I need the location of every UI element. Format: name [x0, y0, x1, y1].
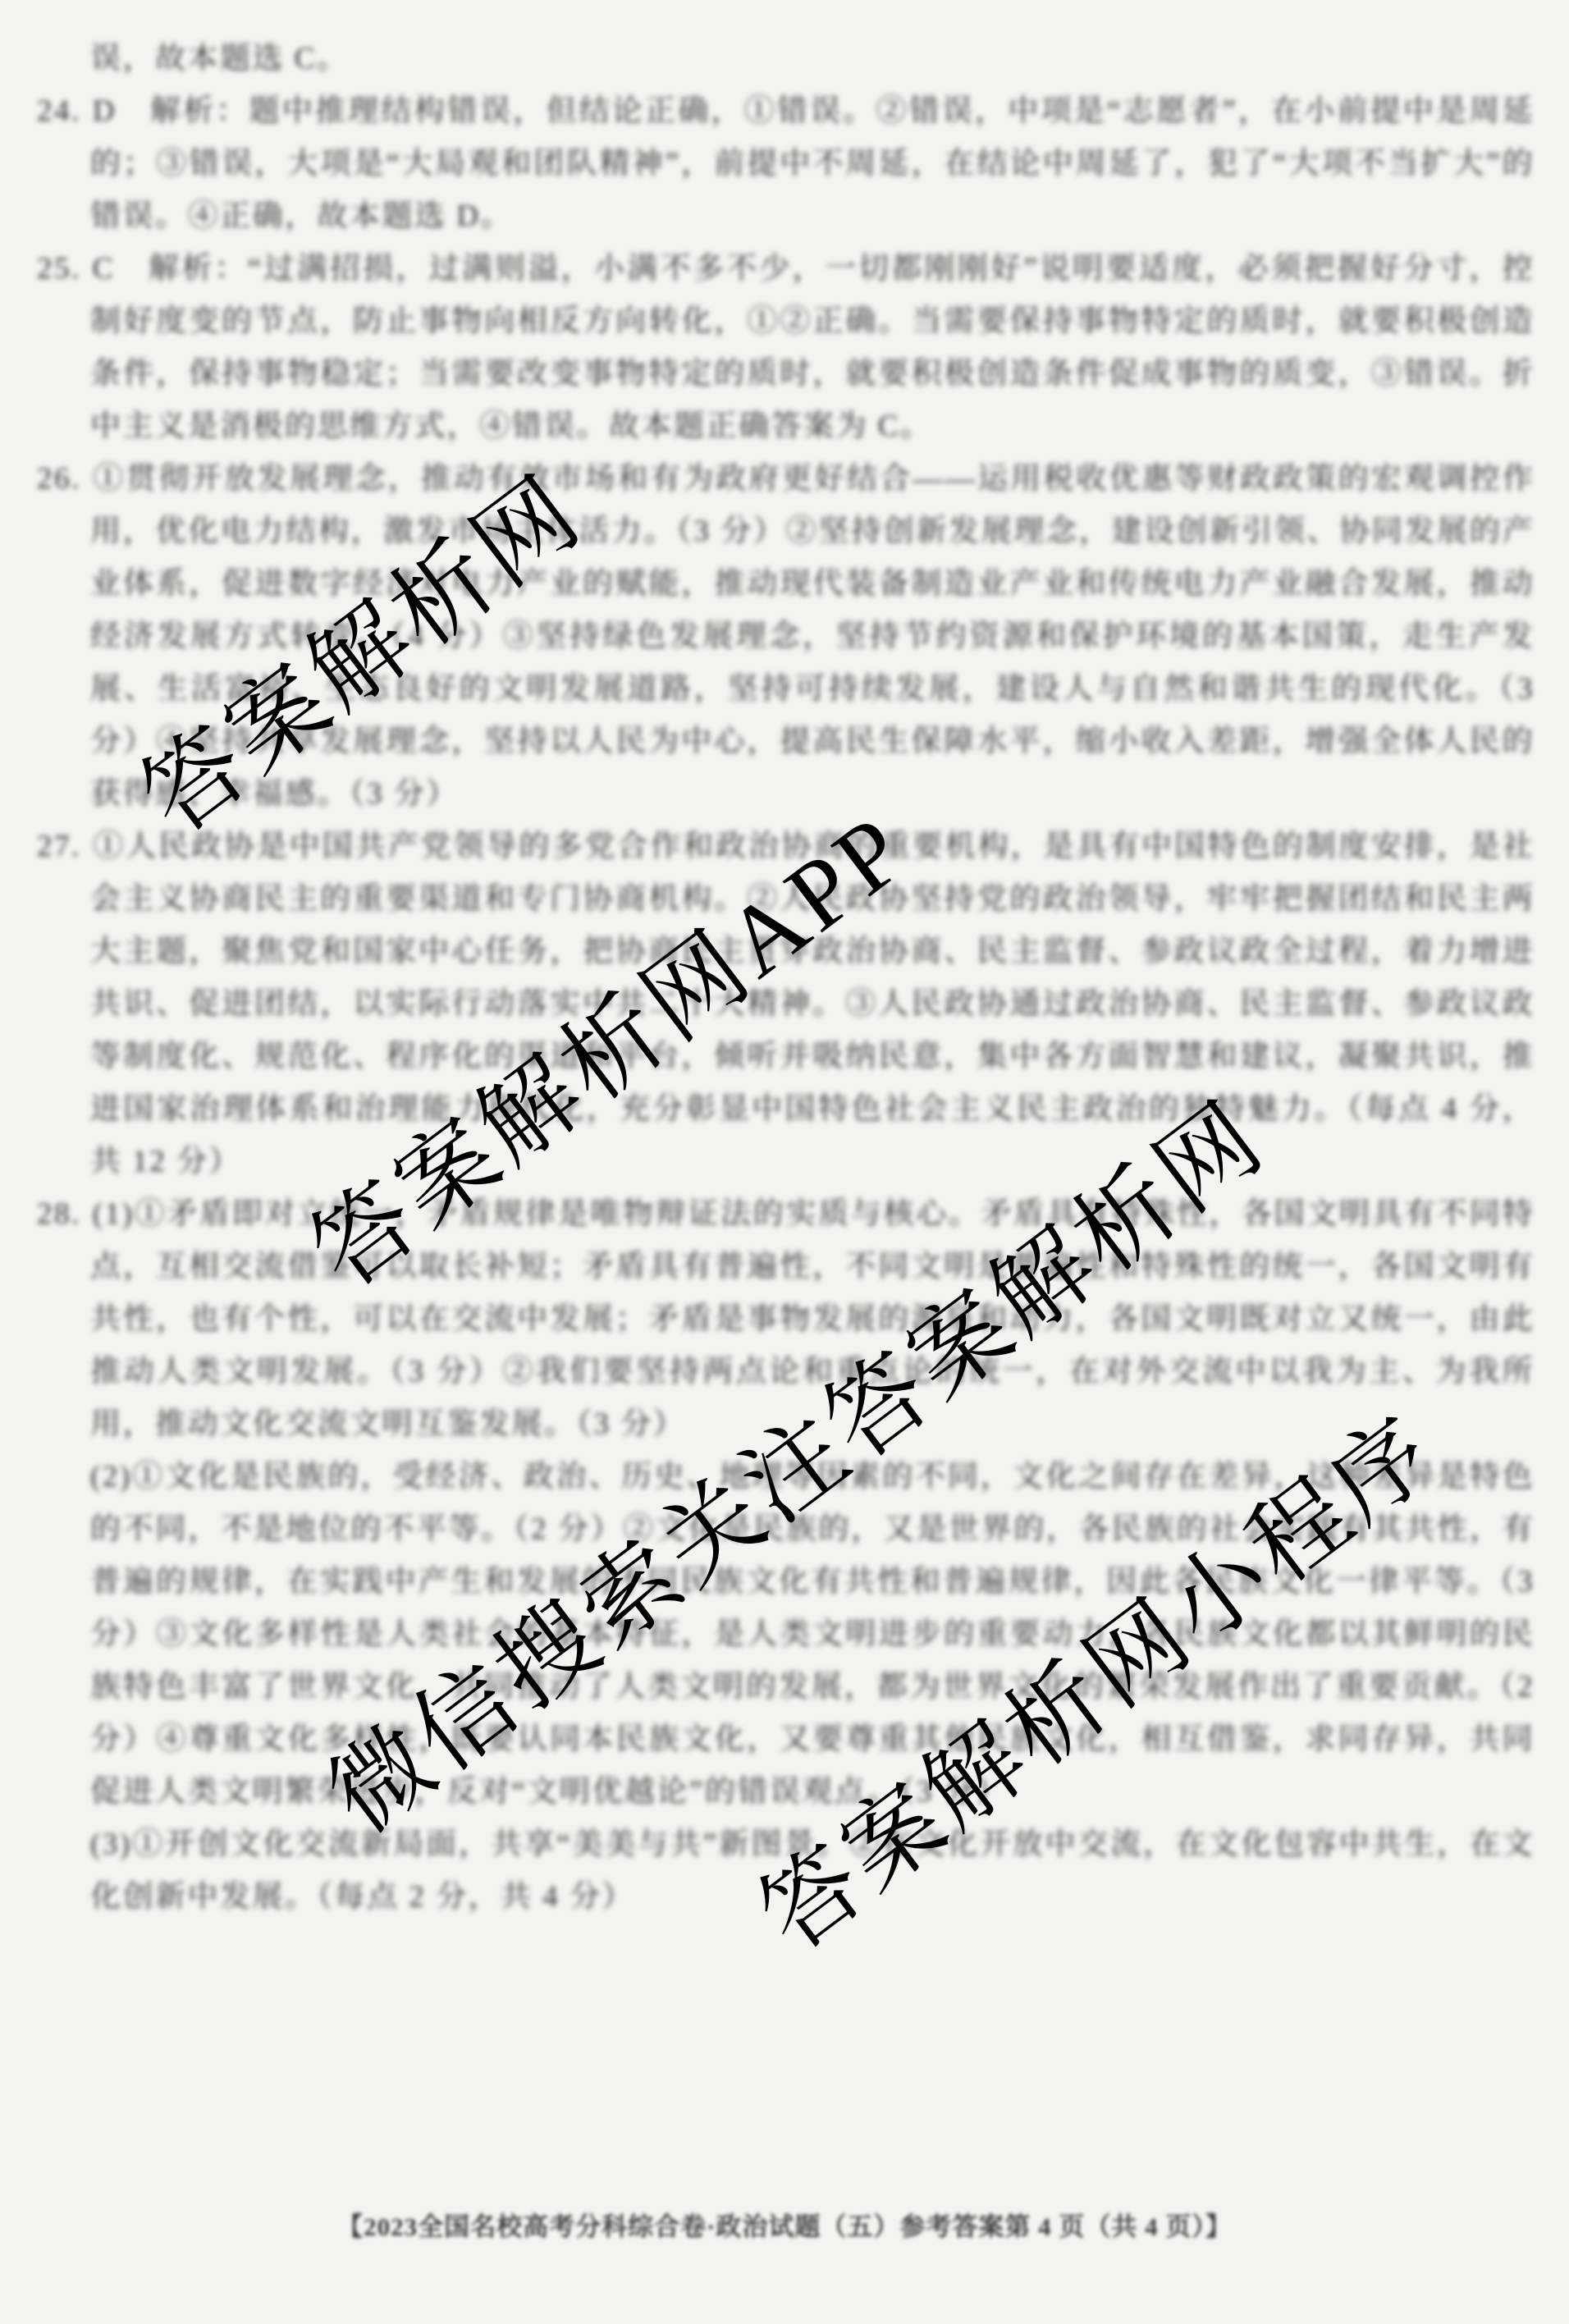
answer-25-text: C 解析：“过满招损，过满则溢，小满不多不少，一切都刚刚好”说明要适度，必须把握…: [90, 252, 1535, 443]
answer-24-number: 24.: [37, 94, 81, 128]
answer-27-number: 27.: [37, 830, 81, 863]
answer-28-number: 28.: [37, 1197, 81, 1231]
answer-24: 24.D 解析：题中推理结构错误，但结论正确，①错误。②错误，中项是“志愿者”，…: [37, 85, 1535, 243]
answer-25: 25.C 解析：“过满招损，过满则溢，小满不多不少，一切都刚刚好”说明要适度，必…: [37, 243, 1535, 453]
answer-23-tail-line: 误，故本题选 C。: [90, 33, 1535, 85]
scanned-answer-page: 误，故本题选 C。 24.D 解析：题中推理结构错误，但结论正确，①错误。②错误…: [0, 0, 1569, 2324]
answer-25-number: 25.: [37, 252, 81, 286]
page-footer: 【2023全国名校高考分科综合卷·政治试题（五）参考答案第 4 页（共 4 页）…: [0, 2206, 1569, 2243]
answer-24-text: D 解析：题中推理结构错误，但结论正确，①错误。②错误，中项是“志愿者”，在小前…: [90, 94, 1535, 233]
answer-26-number: 26.: [37, 462, 81, 496]
